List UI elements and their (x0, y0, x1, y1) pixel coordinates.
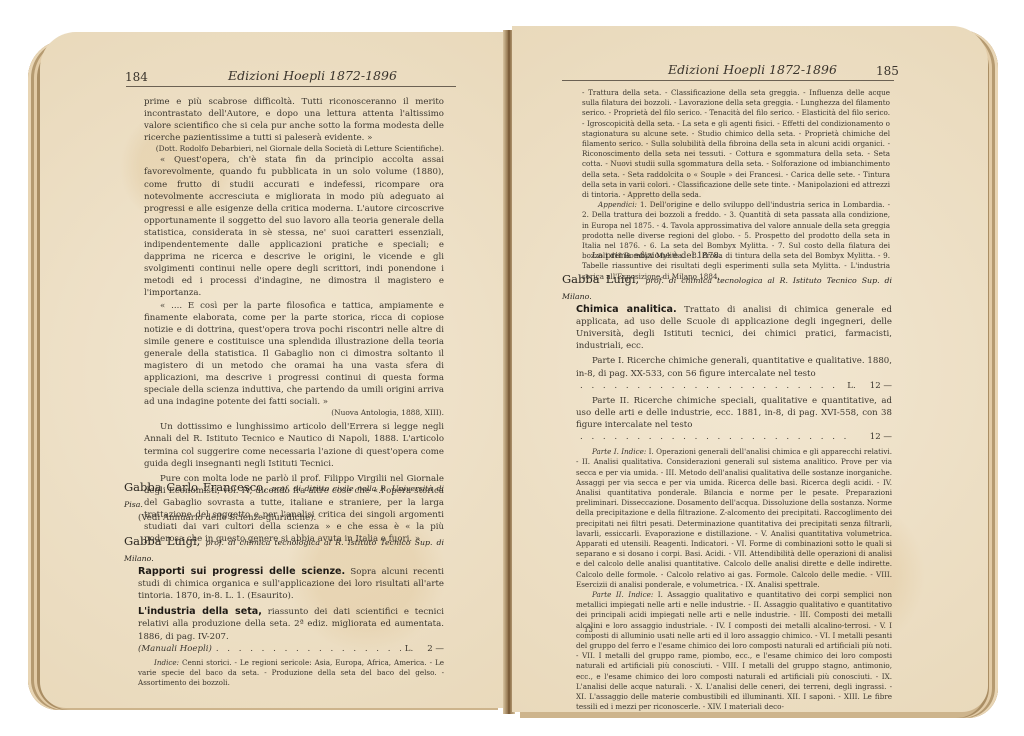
left-page-number: 184 (125, 70, 148, 84)
leader-dots: . . . . . . . . . . . . . . . . . . . . … (580, 380, 843, 392)
left-running-title: Edizioni Hoepli 1872-1896 (228, 68, 397, 83)
index-block: Indice: Cenni storici. - Le regioni seri… (124, 658, 444, 689)
price-line: . . . . . . . . . . . . . . . . . . . . … (562, 431, 892, 443)
price-line: (Manuali Hoepli) . . . . . . . . . . . .… (124, 643, 444, 655)
part-2-description: Parte II. Ricerche chimiche speciali, qu… (562, 395, 892, 431)
currency: L. (405, 643, 413, 655)
open-book: 184 Edizioni Hoepli 1872-1896 prime e pi… (0, 0, 1024, 736)
cross-reference-note: (Vedi Annuario delle Scienze giuridiche)… (124, 512, 444, 524)
index-label: Indice: (154, 658, 179, 667)
author-entry: Gabba Luigi, prof. di chimica tecnologic… (124, 534, 444, 566)
review-paragraph-2-attribution: (Nuova Antologia, 1888, XIII). (144, 408, 444, 418)
review-paragraph-2: « .... E così per la parte filosofica e … (144, 300, 444, 409)
series-name: (Manuali Hoepli) (138, 643, 212, 655)
first-edition-note: La prima edizione è del 1878. (562, 250, 892, 262)
price: 12 — (870, 431, 892, 443)
part-1-index: Parte I. Indice: I. Operazioni generali … (562, 447, 892, 590)
price: 12 — (870, 380, 892, 392)
author-name: Gabba Luigi, (562, 272, 639, 286)
price: 2 — (427, 643, 444, 655)
author-entry: Gabba Luigi, prof. di chimica tecnologic… (562, 272, 892, 304)
left-entries: Gabba Carlo Francesco, prof. di diritto … (124, 470, 444, 688)
index-continued-text: - Trattura della seta. - Classificazione… (582, 88, 890, 200)
leader-dots: . . . . . . . . . . . . . . . . . . . . … (580, 431, 852, 443)
currency: L. (847, 380, 855, 392)
price-line: . . . . . . . . . . . . . . . . . . . . … (562, 380, 892, 392)
left-header-rule (126, 86, 456, 87)
appendix-label: Appendici: (598, 200, 637, 209)
work-title: Chimica analitica. (576, 304, 677, 315)
review-paragraph-3: Un dottissimo e lunghissimo articolo del… (144, 421, 444, 469)
quote-end: prime e più scabrose difficoltà. Tutti r… (144, 96, 444, 144)
index-label: Parte I. Indice: (592, 447, 646, 456)
work-entry: Chimica analitica. Trattato di analisi d… (562, 304, 892, 352)
part-2-index: Parte II. Indice: I. Assaggio qualitativ… (562, 590, 892, 712)
right-running-title: Edizioni Hoepli 1872-1896 (668, 62, 837, 77)
quote-end-attribution: (Dott. Rodolfo Debarbieri, nel Giornale … (144, 144, 444, 154)
work-title: Rapporti sui progressi delle scienze. (138, 566, 345, 577)
signature-mark: 13 (584, 626, 593, 634)
leader-dots: . . . . . . . . . . . . . . . . . . . . … (216, 643, 401, 655)
right-page-body: La prima edizione è del 1878. Gabba Luig… (562, 250, 892, 712)
author-name: Gabba Luigi, (124, 534, 200, 548)
work-entry: Rapporti sui progressi delle scienze. So… (124, 566, 444, 602)
work-entry: L'industria della seta, riassunto dei da… (124, 606, 444, 642)
index-text: I. Assaggio qualitativo e quantitativo d… (576, 590, 892, 711)
index-label: Parte II. Indice: (592, 590, 653, 599)
author-entry: Gabba Carlo Francesco, prof. di diritto … (124, 480, 444, 512)
index-text: I. Operazioni generali dell'analisi chim… (576, 447, 892, 589)
work-title: L'industria della seta, (138, 606, 262, 617)
index-text: Cenni storici. - Le regioni sericole: As… (138, 658, 444, 687)
right-page-number: 185 (876, 64, 899, 78)
part-1-description: Parte I. Ricerche chimiche generali, qua… (562, 355, 892, 379)
author-name: Gabba Carlo Francesco, (124, 480, 267, 494)
review-paragraph-1: « Quest'opera, ch'è stata fin da princip… (144, 154, 444, 299)
right-header-rule (562, 80, 894, 81)
